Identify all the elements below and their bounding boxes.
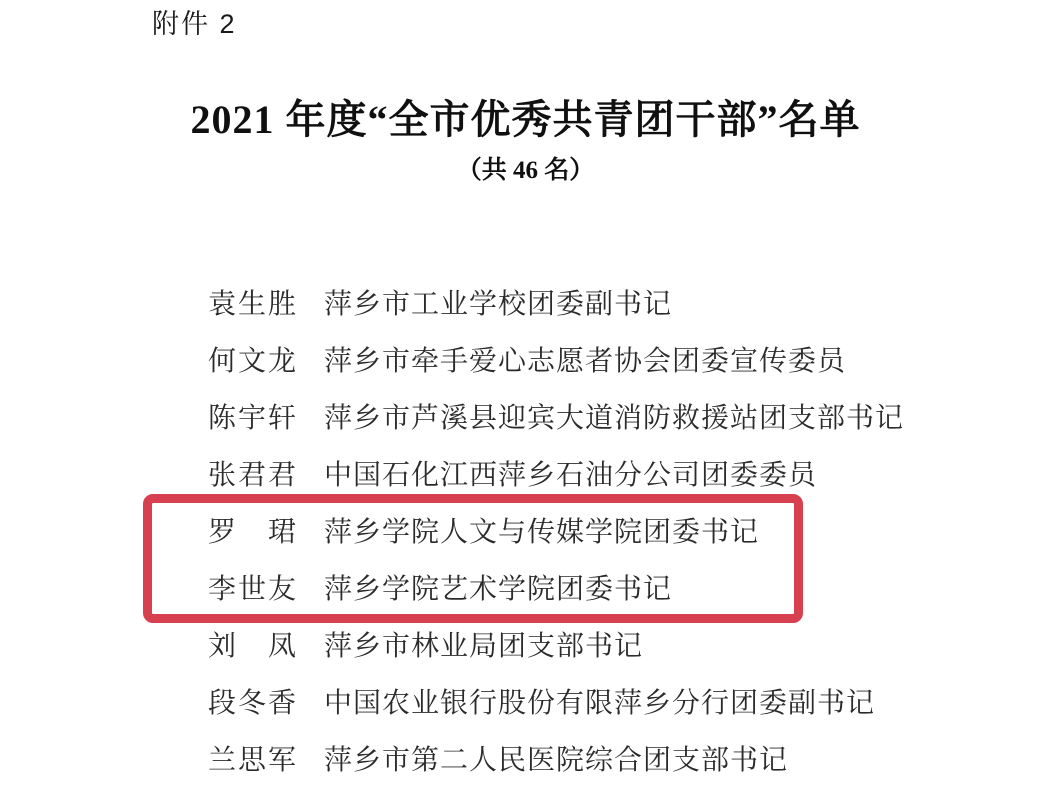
list-item: 陈宇轩 萍乡市芦溪县迎宾大道消防救援站团支部书记 — [208, 387, 904, 444]
recipient-position: 萍乡市工业学校团委副书记 — [324, 282, 672, 322]
recipient-position: 萍乡学院艺术学院团委书记 — [324, 567, 672, 607]
recipient-name: 段冬香 — [208, 681, 296, 721]
list-item: 张君君 中国石化江西萍乡石油分公司团委委员 — [208, 444, 904, 501]
recipient-position: 中国石化江西萍乡石油分公司团委委员 — [324, 453, 817, 493]
list-item: 刘 凤 萍乡市林业局团支部书记 — [208, 615, 904, 672]
document-subtitle: （共 46 名） — [0, 150, 1051, 186]
attachment-label: 附件 2 — [152, 2, 237, 41]
recipient-name: 张君君 — [208, 453, 296, 493]
recipient-position: 萍乡市芦溪县迎宾大道消防救援站团支部书记 — [324, 396, 904, 436]
document-title: 2021 年度“全市优秀共青团干部”名单 — [0, 88, 1051, 145]
recipient-name: 李世友 — [208, 567, 296, 607]
award-list: 袁生胜 萍乡市工业学校团委副书记 何文龙 萍乡市牵手爱心志愿者协会团委宣传委员 … — [208, 273, 904, 786]
recipient-name: 何文龙 — [208, 339, 296, 379]
recipient-name: 罗 珺 — [208, 510, 296, 550]
list-item: 李世友 萍乡学院艺术学院团委书记 — [208, 558, 904, 615]
recipient-position: 萍乡市牵手爱心志愿者协会团委宣传委员 — [324, 339, 846, 379]
recipient-position: 萍乡市第二人民医院综合团支部书记 — [324, 738, 788, 778]
list-item: 罗 珺 萍乡学院人文与传媒学院团委书记 — [208, 501, 904, 558]
recipient-name: 袁生胜 — [208, 282, 296, 322]
list-item: 段冬香 中国农业银行股份有限萍乡分行团委副书记 — [208, 672, 904, 729]
recipient-name: 兰思军 — [208, 738, 296, 778]
recipient-name: 陈宇轩 — [208, 396, 296, 436]
recipient-position: 萍乡学院人文与传媒学院团委书记 — [324, 510, 759, 550]
recipient-position: 萍乡市林业局团支部书记 — [324, 624, 643, 664]
list-item: 兰思军 萍乡市第二人民医院综合团支部书记 — [208, 729, 904, 786]
list-item: 袁生胜 萍乡市工业学校团委副书记 — [208, 273, 904, 330]
recipient-name: 刘 凤 — [208, 624, 296, 664]
recipient-position: 中国农业银行股份有限萍乡分行团委副书记 — [324, 681, 875, 721]
document-page: 附件 2 2021 年度“全市优秀共青团干部”名单 （共 46 名） 袁生胜 萍… — [0, 0, 1051, 788]
list-item: 何文龙 萍乡市牵手爱心志愿者协会团委宣传委员 — [208, 330, 904, 387]
